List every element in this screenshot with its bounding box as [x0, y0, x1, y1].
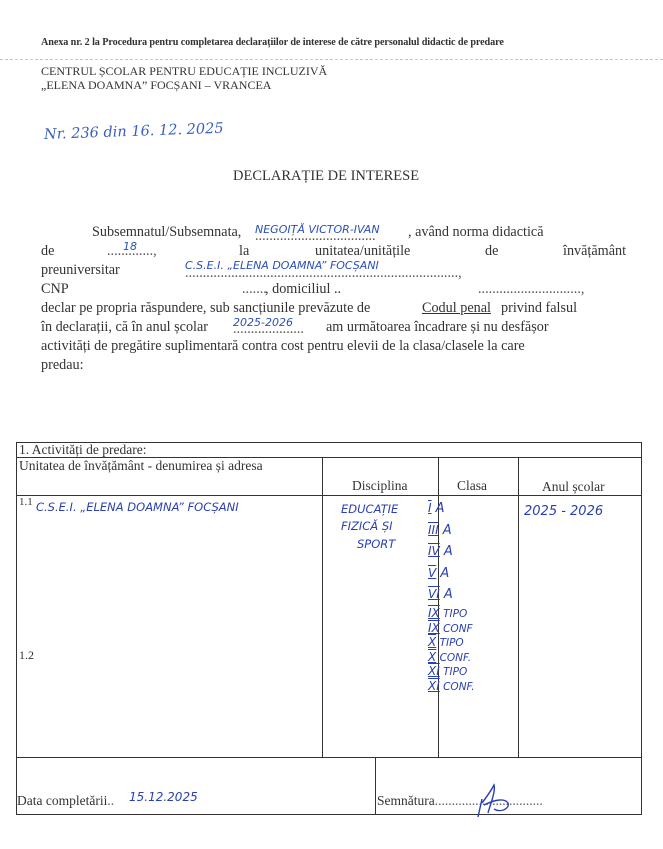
class-suffix: TIPO	[440, 608, 467, 620]
declaration-text-7: activități de pregătire suplimentară con…	[41, 338, 525, 355]
row-unit-1[interactable]: C.S.E.I. „ELENA DOAMNA” FOCȘANI	[36, 500, 239, 514]
class-suffix: A	[432, 501, 445, 516]
declaration-text-5-end: privind falsul	[501, 300, 577, 317]
class-item[interactable]: III A	[428, 523, 452, 538]
header-divider	[0, 59, 663, 60]
class-roman: III	[428, 523, 439, 537]
declaration-line-7: activități de pregătire suplimentară con…	[41, 338, 623, 358]
table-divider-footer	[16, 757, 642, 758]
declaration-text-5: declar pe propria răspundere, sub sancți…	[41, 300, 370, 317]
class-item[interactable]: VI A	[428, 587, 453, 602]
word-invatamant: învățământ	[563, 243, 626, 260]
declarant-prefix: Subsemnatul/Subsemnata,	[92, 224, 241, 241]
codul-penal-link[interactable]: Codul penal	[422, 300, 491, 317]
declarant-suffix: , având norma didactică	[408, 224, 544, 241]
class-suffix: A	[440, 587, 453, 602]
col-header-unit: Unitatea de învățământ - denumirea și ad…	[19, 458, 309, 474]
norm-hours-field[interactable]: 18	[123, 240, 137, 253]
class-roman: X	[428, 650, 436, 664]
completion-date-field[interactable]: 15.12.2025	[129, 790, 198, 804]
col-header-school-year: Anul școlar	[542, 479, 605, 495]
completion-date-label: Data completării..	[17, 793, 114, 809]
class-suffix: A	[436, 566, 449, 581]
col-header-discipline: Disciplina	[352, 478, 408, 494]
domicile-label: , domiciliul ..	[265, 281, 341, 298]
section-title: 1. Activități de predare:	[19, 442, 146, 458]
signature-label: Semnătura...............................…	[377, 793, 543, 809]
row-discipline-1-line3[interactable]: SPORT	[357, 537, 395, 551]
col-header-class: Clasa	[457, 478, 487, 494]
signature-mark-icon	[474, 783, 514, 819]
table-divider-header	[16, 495, 642, 496]
domicile-dots: .............................,	[478, 281, 584, 298]
document-title: DECLARAȚIE DE INTERESE	[233, 168, 419, 185]
col-divider-1	[322, 457, 323, 757]
institution-name-line2: „ELENA DOAMNA” FOCȘANI – VRANCEA	[41, 78, 271, 93]
registration-number: Nr. 236 din 16. 12. 2025	[44, 121, 224, 143]
declaration-line-5: declar pe propria răspundere, sub sancți…	[41, 300, 623, 320]
row-discipline-1-line1[interactable]: EDUCAȚIE	[341, 502, 398, 516]
cnp-dots: .......	[242, 281, 267, 298]
class-item[interactable]: XI CONF.	[428, 679, 475, 693]
class-item[interactable]: IV A	[428, 544, 453, 559]
class-roman: XI	[428, 664, 440, 678]
class-item[interactable]: IX CONF	[428, 621, 473, 635]
declaration-text-8: predau:	[41, 357, 84, 374]
row-school-year-1[interactable]: 2025 - 2026	[524, 504, 603, 519]
signature-label-text: Semnătura	[377, 793, 435, 808]
word-la: la	[239, 243, 249, 260]
school-year-suffix: am următoarea încadrare și nu desfășor	[326, 319, 549, 336]
row-discipline-1-line2[interactable]: FIZICĂ ȘI	[341, 519, 393, 533]
class-roman: XI	[428, 679, 440, 693]
word-unit: unitatea/unitățile	[315, 243, 410, 260]
class-item[interactable]: IX TIPO	[428, 606, 467, 620]
declaration-line-8: predau:	[41, 357, 623, 377]
class-roman: IV	[428, 544, 440, 558]
annex-reference: Anexa nr. 2 la Procedura pentru completa…	[41, 37, 504, 48]
declaration-line-6: în declarații, că în anul școlar 2025-20…	[41, 319, 623, 339]
class-roman: IX	[428, 606, 440, 620]
class-suffix: CONF	[440, 623, 473, 635]
row-index-1: 1.1	[19, 496, 33, 508]
class-item[interactable]: XI TIPO	[428, 664, 467, 678]
footer-divider	[375, 757, 376, 815]
cnp-label: CNP	[41, 281, 69, 298]
declaration-line-4: CNP ....... , domiciliul .. ............…	[41, 281, 623, 301]
activities-table	[16, 442, 642, 815]
date-label-text: Data completării	[17, 793, 107, 808]
class-suffix: CONF.	[440, 681, 475, 693]
row-index-2: 1.2	[19, 648, 34, 663]
institution-name-line1: CENTRUL ȘCOLAR PENTRU EDUCAȚIE INCLUZIVĂ	[41, 64, 327, 79]
declaration-line-3: preuniversitar C.S.E.I. „ELENA DOAMNA” F…	[41, 262, 623, 282]
class-suffix: CONF.	[436, 652, 471, 664]
word-preuniversitar: preuniversitar	[41, 262, 120, 279]
col-divider-3	[518, 457, 519, 757]
class-roman: V	[428, 566, 436, 580]
class-suffix: TIPO	[440, 666, 467, 678]
class-item[interactable]: V A	[428, 566, 449, 581]
class-roman: IX	[428, 621, 440, 635]
date-dots: ..	[107, 793, 114, 808]
class-item[interactable]: X TIPO	[428, 635, 464, 649]
unit-dots: ........................................…	[185, 265, 462, 282]
school-year-prefix: în declarații, că în anul școlar	[41, 319, 208, 336]
class-item[interactable]: X CONF.	[428, 650, 471, 664]
class-item[interactable]: I A	[428, 501, 445, 516]
class-suffix: TIPO	[436, 637, 463, 649]
class-roman: VI	[428, 587, 440, 601]
class-suffix: A	[440, 544, 453, 559]
class-suffix: A	[439, 523, 452, 538]
class-roman: X	[428, 635, 436, 649]
word-de: de	[41, 243, 54, 260]
word-de2: de	[485, 243, 498, 260]
school-year-dots: ....................	[233, 321, 304, 338]
